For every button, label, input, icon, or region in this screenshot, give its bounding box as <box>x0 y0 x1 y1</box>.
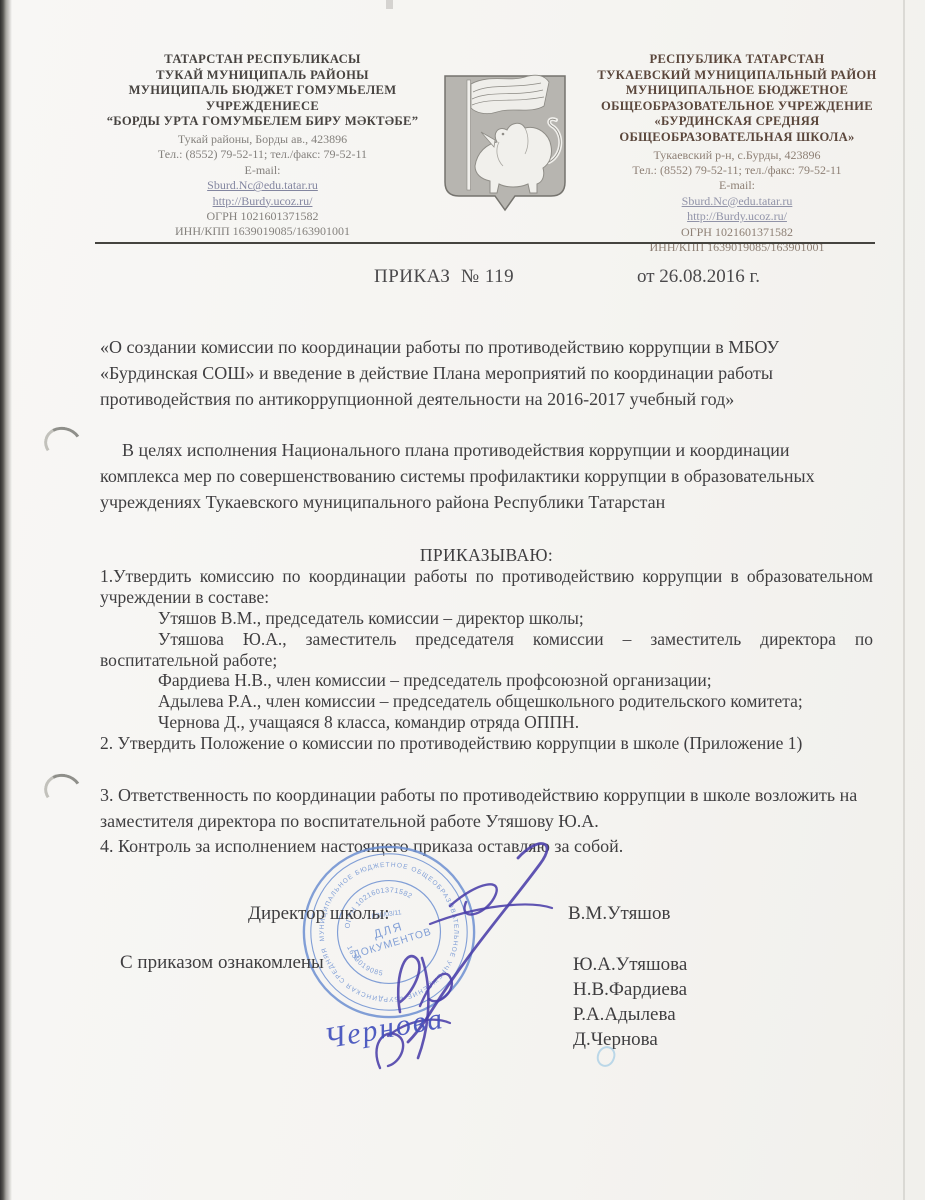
scan-edge-shadow <box>0 0 12 1200</box>
order-item-3: 3. Ответственность по координации работы… <box>100 783 873 834</box>
resolve-heading: ПРИКАЗЫВАЮ: <box>100 545 873 566</box>
org-line: ТУКАЙ МУНИЦИПАЛЬ РАЙОНЫ <box>90 68 435 84</box>
email-label: E-mail: <box>90 163 435 178</box>
phone: Тел.: (8552) 79-52-11; тел./факс: 79-52-… <box>572 163 902 178</box>
org-line: «БУРДИНСКАЯ СРЕДНЯЯ <box>572 114 902 130</box>
order-subject: «О создании комиссии по координации рабо… <box>100 334 878 412</box>
order-item-2: 2. Утвердить Положение о комиссии по про… <box>100 733 873 754</box>
address: Тукай районы, Борды ав., 423896 <box>90 132 435 147</box>
contact-info-russian: Тукаевский р-н, с.Бурды, 423896 Тел.: (8… <box>572 148 902 256</box>
order-preamble: В целях исполнения Национального плана п… <box>100 438 870 515</box>
org-line: МУНИЦИПАЛЬ БЮДЖЕТ ГОМУМЬЕЛЕМ <box>90 83 435 99</box>
org-line: РЕСПУБЛИКА ТАТАРСТАН <box>572 52 902 68</box>
committee-member: Утяшова Ю.А., заместитель председателя к… <box>100 629 873 671</box>
phone: Тел.: (8552) 79-52-11; тел./факс: 79-52-… <box>90 147 435 162</box>
order-item-1: 1.Утвердить комиссию по координации рабо… <box>100 566 873 608</box>
acknowledged-label: С приказом ознакомлены <box>120 952 324 974</box>
site-link: http://Burdy.ucoz.ru/ <box>90 194 435 209</box>
email-label: E-mail: <box>572 178 902 193</box>
paper-crease <box>903 0 905 1200</box>
committee-member: Адылева Р.А., член комиссии – председате… <box>100 691 873 712</box>
address: Тукаевский р-н, с.Бурды, 423896 <box>572 148 902 163</box>
email-link: Sburd.Nc@edu.tatar.ru <box>90 178 435 193</box>
acknowledged-names: Ю.А.Утяшова Н.В.Фардиева Р.А.Адылева Д.Ч… <box>573 952 687 1052</box>
ack-name: Ю.А.Утяшова <box>573 952 687 977</box>
org-line: ОБЩЕОБРАЗОВАТЕЛЬНОЕ УЧРЕЖДЕНИЕ <box>572 99 902 115</box>
committee-member: Фардиева Н.В., член комиссии – председат… <box>100 670 873 691</box>
org-line: УЧРЕЖДЕНИЕСЕ <box>90 99 435 115</box>
org-line: МУНИЦИПАЛЬНОЕ БЮДЖЕТНОЕ <box>572 83 902 99</box>
email-link: Sburd.Nc@edu.tatar.ru <box>572 194 902 209</box>
contact-info-tatar: Тукай районы, Борды ав., 423896 Тел.: (8… <box>90 132 435 240</box>
letterhead-tatar: ТАТАРСТАН РЕСПУБЛИКАСЫ ТУКАЙ МУНИЦИПАЛЬ … <box>90 52 435 240</box>
resolution-section: ПРИКАЗЫВАЮ: 1.Утвердить комиссию по коор… <box>100 545 873 754</box>
org-name-russian: РЕСПУБЛИКА ТАТАРСТАН ТУКАЕВСКИЙ МУНИЦИПА… <box>572 52 902 146</box>
hole-punch-mark <box>41 770 86 811</box>
order-date: от 26.08.2016 г. <box>637 266 760 288</box>
coat-of-arms-lion-icon <box>437 70 573 220</box>
inn-kpp: ИНН/КПП 1639019085/163901001 <box>90 224 435 239</box>
hole-punch-mark <box>41 423 86 464</box>
org-line: ТУКАЕВСКИЙ МУНИЦИПАЛЬНЫЙ РАЙОН <box>572 68 902 84</box>
director-name: В.М.Утяшов <box>568 903 670 925</box>
site-link: http://Burdy.ucoz.ru/ <box>572 209 902 224</box>
email-line: E-mail: Sburd.Nc@edu.tatar.ru <box>90 163 435 194</box>
org-line: ТАТАРСТАН РЕСПУБЛИКАСЫ <box>90 52 435 68</box>
org-line: “БОРДЫ УРТА ГОМУМБЕЛЕМ БИРУ МӘКТӘБЕ” <box>90 114 435 130</box>
email-line: E-mail: Sburd.Nc@edu.tatar.ru <box>572 178 902 209</box>
org-line: ОБЩЕОБРАЗОВАТЕЛЬНАЯ ШКОЛА» <box>572 130 902 146</box>
director-label: Директор школы: <box>248 903 390 925</box>
letterhead-russian: РЕСПУБЛИКА ТАТАРСТАН ТУКАЕВСКИЙ МУНИЦИПА… <box>572 52 902 255</box>
ack-name: Н.В.Фардиева <box>573 977 687 1002</box>
header-divider <box>95 242 875 244</box>
scanned-order-page: ТАТАРСТАН РЕСПУБЛИКАСЫ ТУКАЙ МУНИЦИПАЛЬ … <box>0 0 925 1200</box>
org-name-tatar: ТАТАРСТАН РЕСПУБЛИКАСЫ ТУКАЙ МУНИЦИПАЛЬ … <box>90 52 435 130</box>
ogrn: ОГРН 1021601371582 <box>572 225 902 240</box>
scan-artifact <box>386 0 393 9</box>
ack-name: Д.Чернова <box>573 1027 687 1052</box>
order-title: ПРИКАЗ № 119 <box>374 266 514 288</box>
committee-member: Чернова Д., учащаяся 8 класса, командир … <box>100 712 873 733</box>
committee-member: Утяшов В.М., председатель комиссии – дир… <box>100 608 873 629</box>
ack-name: Р.А.Адылева <box>573 1002 687 1027</box>
ogrn: ОГРН 1021601371582 <box>90 209 435 224</box>
